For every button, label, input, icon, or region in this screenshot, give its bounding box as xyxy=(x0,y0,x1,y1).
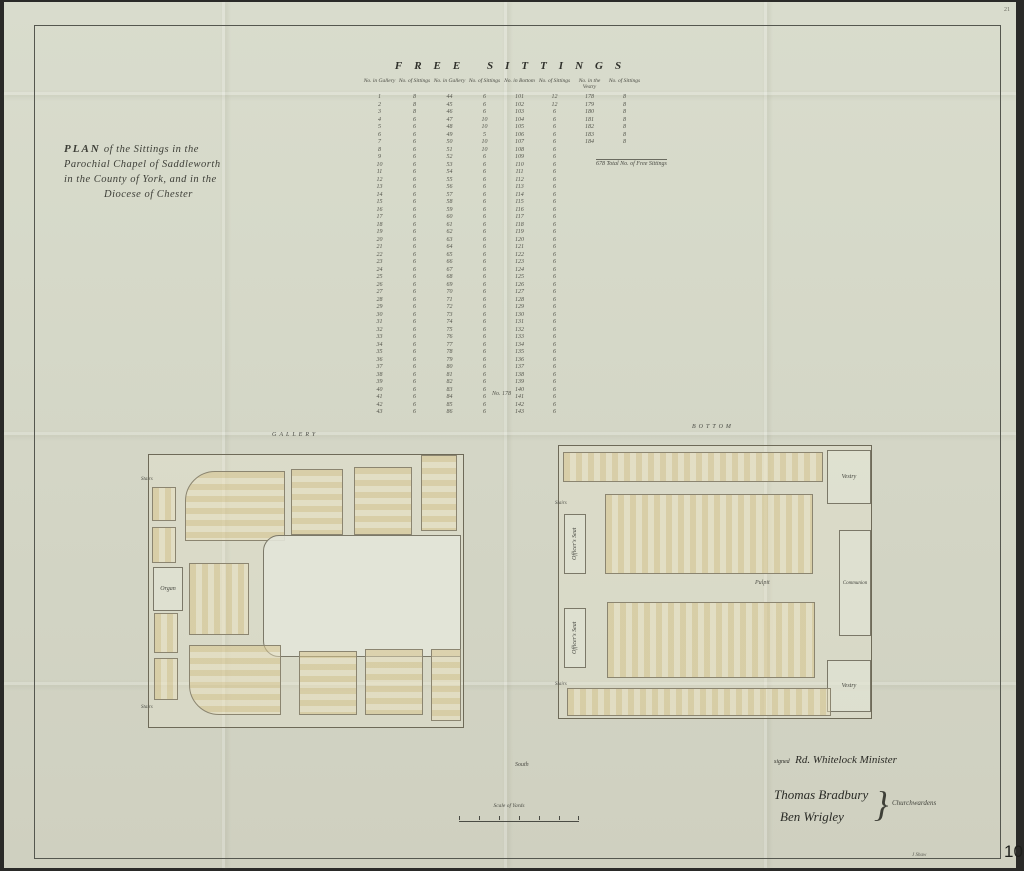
table-cell: 6 xyxy=(483,177,486,185)
churchwardens-names: Thomas Bradbury Ben Wrigley xyxy=(774,784,868,828)
column-header: No. in the Vestry xyxy=(572,78,607,94)
table-cell: 6 xyxy=(553,364,556,372)
table-cell: 65 xyxy=(447,252,453,260)
table-cell: 18 xyxy=(377,222,383,230)
maker-label: J Shaw xyxy=(912,853,926,858)
table-cell: 62 xyxy=(447,229,453,237)
table-cell: 6 xyxy=(553,387,556,395)
vestry-room: Vestry xyxy=(827,660,871,712)
table-cell: 141 xyxy=(515,394,524,402)
table-cell: 8 xyxy=(413,102,416,110)
table-cell: 106 xyxy=(515,132,524,140)
table-cell: 31 xyxy=(377,319,383,327)
table-cell: 45 xyxy=(447,102,453,110)
table-cell: 55 xyxy=(447,177,453,185)
table-cell: 6 xyxy=(413,184,416,192)
table-cell: 6 xyxy=(413,169,416,177)
pew-block-curved xyxy=(189,645,281,715)
table-cell: 32 xyxy=(377,327,383,335)
table-cell: 67 xyxy=(447,267,453,275)
table-cell: 60 xyxy=(447,214,453,222)
churchwardens-label: Churchwardens xyxy=(892,799,936,807)
pew-block xyxy=(154,658,178,700)
table-cell: 143 xyxy=(515,409,524,417)
table-cell: 120 xyxy=(515,237,524,245)
table-cell: 6 xyxy=(413,199,416,207)
pulpit-label: Pulpit xyxy=(755,580,770,586)
table-cell: 6 xyxy=(483,274,486,282)
table-cell: 111 xyxy=(515,169,523,177)
table-cell: 6 xyxy=(483,289,486,297)
table-cell: 6 xyxy=(483,102,486,110)
table-cell: 23 xyxy=(377,259,383,267)
table-cell: 6 xyxy=(553,244,556,252)
table-cell: 6 xyxy=(413,312,416,320)
stairs-label: Stairs xyxy=(555,501,567,506)
table-cell: 124 xyxy=(515,267,524,275)
table-cell: 6 xyxy=(553,229,556,237)
table-cell: 6 xyxy=(483,109,486,117)
table-cell: 34 xyxy=(377,342,383,350)
table-cell: 6 xyxy=(483,379,486,387)
table-cell: 6 xyxy=(413,229,416,237)
table-cell: 22 xyxy=(377,252,383,260)
signed-prefix: signed xyxy=(774,759,790,765)
pew-block xyxy=(152,487,176,521)
table-cell: 30 xyxy=(377,312,383,320)
table-cell: 6 xyxy=(413,409,416,417)
table-cell: 6 xyxy=(483,184,486,192)
table-cell: 6 xyxy=(553,282,556,290)
table-cell: 6 xyxy=(483,394,486,402)
churchwarden-1: Thomas Bradbury xyxy=(774,784,868,806)
table-cell: 8 xyxy=(623,132,626,140)
table-cell: 179 xyxy=(585,102,594,110)
table-cell: 9 xyxy=(378,154,381,162)
table-cell: 6 xyxy=(483,162,486,170)
table-cell: 6 xyxy=(553,334,556,342)
table-cell: 6 xyxy=(553,169,556,177)
title-line-1-rest: of the Sittings in the xyxy=(104,144,199,155)
table-cell: 108 xyxy=(515,147,524,155)
table-cell: 6 xyxy=(553,162,556,170)
table-cell: 7 xyxy=(378,139,381,147)
table-cell: 6 xyxy=(553,139,556,147)
table-cell: 6 xyxy=(553,372,556,380)
table-cell: 6 xyxy=(413,162,416,170)
table-cell: 6 xyxy=(483,357,486,365)
table-cell: 10 xyxy=(377,162,383,170)
table-cell: 80 xyxy=(447,364,453,372)
table-cell: 51 xyxy=(447,147,453,155)
officers-seat: Officer's Seat xyxy=(564,514,586,574)
table-cell: 6 xyxy=(483,297,486,305)
table-cell: 52 xyxy=(447,154,453,162)
table-cell: 14 xyxy=(377,192,383,200)
table-cell: 6 xyxy=(483,169,486,177)
table-cell: 6 xyxy=(413,154,416,162)
table-cell: 56 xyxy=(447,184,453,192)
table-cell: 137 xyxy=(515,364,524,372)
table-cell: 6 xyxy=(483,387,486,395)
table-cell: 5 xyxy=(378,124,381,132)
table-cell: 44 xyxy=(447,94,453,102)
table-cell: 6 xyxy=(413,364,416,372)
table-cell: 118 xyxy=(515,222,524,230)
table-cell: 6 xyxy=(553,402,556,410)
table-cell: 82 xyxy=(447,379,453,387)
table-cell: 75 xyxy=(447,327,453,335)
table-cell: 8 xyxy=(623,124,626,132)
table-cell: 6 xyxy=(553,349,556,357)
pew-block xyxy=(189,563,249,635)
table-cell: 54 xyxy=(447,169,453,177)
table-cell: 8 xyxy=(623,102,626,110)
column-header: No. of Sittings xyxy=(397,78,432,94)
table-cell: 130 xyxy=(515,312,524,320)
table-cell: 86 xyxy=(447,409,453,417)
table-cell: 6 xyxy=(483,319,486,327)
scale-label: Scale of Yards xyxy=(439,803,579,809)
table-column: 1011021031041051061071081091101111121131… xyxy=(502,94,537,417)
table-cell: 6 xyxy=(413,357,416,365)
table-cell: 6 xyxy=(413,304,416,312)
table-cell: 184 xyxy=(585,139,594,147)
table-cell: 131 xyxy=(515,319,524,327)
sheet-number: 10 xyxy=(1004,842,1023,862)
table-cell: 6 xyxy=(553,357,556,365)
table-cell: 6 xyxy=(483,237,486,245)
table-cell: 114 xyxy=(515,192,524,200)
table-cell: 6 xyxy=(553,252,556,260)
table-cell: 6 xyxy=(553,274,556,282)
free-sittings-table: No. in GalleryNo. of SittingsNo. in Gall… xyxy=(362,78,642,417)
table-cell: 6 xyxy=(553,297,556,305)
table-cell: 17 xyxy=(377,214,383,222)
table-cell: 6 xyxy=(483,154,486,162)
table-cell: 24 xyxy=(377,267,383,275)
corner-number: 21 xyxy=(1004,7,1010,13)
table-cell: 64 xyxy=(447,244,453,252)
pew-block xyxy=(365,649,423,715)
table-cell: 6 xyxy=(413,207,416,215)
table-cell: 6 xyxy=(413,379,416,387)
table-cell: 8 xyxy=(378,147,381,155)
vestry-room: Vestry xyxy=(827,450,871,504)
table-cell: 6 xyxy=(413,342,416,350)
table-cell: 68 xyxy=(447,274,453,282)
column-header: No. of Sittings xyxy=(607,78,642,94)
table-cell: 71 xyxy=(447,297,453,305)
total-free-sittings-note: 678 Total No. of Free Sittings xyxy=(596,159,667,167)
table-cell: 6 xyxy=(553,132,556,140)
table-cell: 1 xyxy=(378,94,381,102)
table-cell: 49 xyxy=(447,132,453,140)
table-cell: 8 xyxy=(623,117,626,125)
table-cell: 6 xyxy=(553,327,556,335)
table-cell: 6 xyxy=(553,177,556,185)
table-cell: 6 xyxy=(483,327,486,335)
column-header: No. in Gallery xyxy=(432,78,467,94)
table-cell: 83 xyxy=(447,387,453,395)
table-cell: 6 xyxy=(483,349,486,357)
table-cell: 132 xyxy=(515,327,524,335)
table-cell: 6 xyxy=(553,214,556,222)
table-cell: 4 xyxy=(378,117,381,125)
table-cell: 57 xyxy=(447,192,453,200)
column-header: No. of Sittings xyxy=(467,78,502,94)
table-cell: 77 xyxy=(447,342,453,350)
table-cell: 6 xyxy=(553,289,556,297)
table-cell: 121 xyxy=(515,244,524,252)
table-cell: 123 xyxy=(515,259,524,267)
table-cell: 6 xyxy=(483,252,486,260)
gallery-plan: Stairs Stairs Organ xyxy=(148,454,464,728)
organ-room: Organ xyxy=(153,567,183,611)
bottom-label: BOTTOM xyxy=(692,424,734,430)
table-cell: 58 xyxy=(447,199,453,207)
table-cell: 181 xyxy=(585,117,594,125)
table-cell: 6 xyxy=(553,394,556,402)
table-cell: 6 xyxy=(413,387,416,395)
brace-symbol: } xyxy=(874,786,888,822)
pew-block xyxy=(354,467,412,535)
table-cell: 6 xyxy=(483,229,486,237)
table-cell: 6 xyxy=(553,304,556,312)
table-cell: 66 xyxy=(447,259,453,267)
table-cell: 134 xyxy=(515,342,524,350)
table-cell: 50 xyxy=(447,139,453,147)
stairs-label: Stairs xyxy=(141,705,153,710)
table-cell: 101 xyxy=(515,94,524,102)
table-cell: 6 xyxy=(413,177,416,185)
table-cell: 73 xyxy=(447,312,453,320)
table-cell: 6 xyxy=(413,334,416,342)
plan-title-block: PLAN of the Sittings in the Parochial Ch… xyxy=(64,142,304,202)
table-column: 4445464748495051525354555657585960616263… xyxy=(432,94,467,417)
pew-block xyxy=(152,527,176,563)
table-cell: 6 xyxy=(483,94,486,102)
table-cell: 112 xyxy=(515,177,524,185)
table-cell: 6 xyxy=(553,207,556,215)
table-cell: 6 xyxy=(553,117,556,125)
table-cell: 6 xyxy=(553,237,556,245)
table-cell: 6 xyxy=(413,237,416,245)
pew-row xyxy=(567,688,831,716)
table-cell: 6 xyxy=(483,267,486,275)
table-cell: 6 xyxy=(413,402,416,410)
table-cell: 6 xyxy=(483,259,486,267)
table-cell: 6 xyxy=(553,147,556,155)
churchwarden-2: Ben Wrigley xyxy=(774,806,868,828)
table-cell: 116 xyxy=(515,207,524,215)
table-cell: 6 xyxy=(553,379,556,387)
table-cell: 3 xyxy=(378,109,381,117)
table-cell: 6 xyxy=(483,192,486,200)
gallery-label: GALLERY xyxy=(272,432,318,438)
table-cell: 102 xyxy=(515,102,524,110)
table-cell: 11 xyxy=(377,169,383,177)
table-cell: 72 xyxy=(447,304,453,312)
table-cell: 6 xyxy=(413,394,416,402)
minister-name: Rd. Whitelock Minister xyxy=(795,754,897,766)
communion-area: Communion xyxy=(839,530,871,636)
table-cell: 8 xyxy=(413,109,416,117)
table-cell: 41 xyxy=(377,394,383,402)
table-column: 178179180181182183184 xyxy=(572,94,607,417)
archival-plan-sheet: 21 PLAN of the Sittings in the Parochial… xyxy=(4,2,1016,868)
table-cell: 36 xyxy=(377,357,383,365)
table-cell: 43 xyxy=(377,409,383,417)
table-cell: 78 xyxy=(447,349,453,357)
column-footer: No. 178 xyxy=(492,391,511,397)
table-cell: 8 xyxy=(413,94,416,102)
table-cell: 12 xyxy=(377,177,383,185)
table-cell: 6 xyxy=(553,154,556,162)
table-cell: 84 xyxy=(447,394,453,402)
table-cell: 6 xyxy=(483,282,486,290)
table-cell: 140 xyxy=(515,387,524,395)
table-cell: 104 xyxy=(515,117,524,125)
table-cell: 6 xyxy=(483,222,486,230)
table-cell: 6 xyxy=(413,349,416,357)
table-cell: 142 xyxy=(515,402,524,410)
table-cell: 13 xyxy=(377,184,383,192)
table-cell: 6 xyxy=(483,342,486,350)
table-cell: 6 xyxy=(553,222,556,230)
table-column: 1234567891011121314151617181920212223242… xyxy=(362,94,397,417)
table-cell: 20 xyxy=(377,237,383,245)
table-cell: 127 xyxy=(515,289,524,297)
table-column: 1212666666666666666666666666666666666666… xyxy=(537,94,572,417)
table-cell: 117 xyxy=(515,214,524,222)
table-cell: 6 xyxy=(483,207,486,215)
table-cell: 6 xyxy=(413,259,416,267)
table-cell: 10 xyxy=(482,139,488,147)
table-cell: 6 xyxy=(413,117,416,125)
table-cell: 8 xyxy=(623,94,626,102)
table-cell: 6 xyxy=(413,282,416,290)
table-cell: 6 xyxy=(413,214,416,222)
table-cell: 6 xyxy=(553,342,556,350)
table-cell: 6 xyxy=(553,124,556,132)
table-cell: 59 xyxy=(447,207,453,215)
table-cell: 6 xyxy=(413,124,416,132)
table-cell: 6 xyxy=(413,297,416,305)
table-cell: 33 xyxy=(377,334,383,342)
title-line-4: Diocese of Chester xyxy=(64,187,304,202)
table-cell: 129 xyxy=(515,304,524,312)
table-cell: 6 xyxy=(483,334,486,342)
table-cell: 79 xyxy=(447,357,453,365)
table-cell: 6 xyxy=(553,259,556,267)
table-cell: 103 xyxy=(515,109,524,117)
table-cell: 53 xyxy=(447,162,453,170)
table-cell: 6 xyxy=(413,147,416,155)
table-cell: 6 xyxy=(553,184,556,192)
table-cell: 6 xyxy=(553,319,556,327)
table-cell: 6 xyxy=(553,267,556,275)
title-caps: PLAN xyxy=(64,143,101,155)
table-cell: 12 xyxy=(552,102,558,110)
table-cell: 29 xyxy=(377,304,383,312)
table-cell: 105 xyxy=(515,124,524,132)
pew-block xyxy=(299,651,357,715)
table-cell: 10 xyxy=(482,147,488,155)
table-cell: 15 xyxy=(377,199,383,207)
table-cell: 6 xyxy=(413,267,416,275)
table-cell: 6 xyxy=(413,274,416,282)
table-cell: 122 xyxy=(515,252,524,260)
table-cell: 42 xyxy=(377,402,383,410)
table-cell: 6 xyxy=(413,319,416,327)
table-cell: 6 xyxy=(413,132,416,140)
table-cell: 6 xyxy=(553,109,556,117)
scale-line xyxy=(459,819,579,822)
table-cell: 6 xyxy=(378,132,381,140)
table-cell: 38 xyxy=(377,372,383,380)
table-cell: 70 xyxy=(447,289,453,297)
table-cell: 85 xyxy=(447,402,453,410)
table-cell: 113 xyxy=(515,184,524,192)
pew-block xyxy=(607,602,815,678)
pew-block xyxy=(291,469,343,535)
bottom-plan: Stairs Stairs Vestry Officer's Seat Comm… xyxy=(558,445,872,719)
title-line-2: Parochial Chapel of Saddleworth xyxy=(64,157,304,172)
free-sittings-title: FREE SITTINGS xyxy=(364,60,664,72)
pew-row xyxy=(563,452,823,482)
table-cell: 35 xyxy=(377,349,383,357)
table-cell: 6 xyxy=(413,244,416,252)
table-cell: 61 xyxy=(447,222,453,230)
table-cell: 6 xyxy=(413,139,416,147)
table-cell: 6 xyxy=(483,364,486,372)
signature-block: signed Rd. Whitelock Minister Thomas Bra… xyxy=(774,754,974,766)
table-cell: 28 xyxy=(377,297,383,305)
table-cell: 115 xyxy=(515,199,524,207)
table-cell: 139 xyxy=(515,379,524,387)
table-cell: 109 xyxy=(515,154,524,162)
table-cell: 46 xyxy=(447,109,453,117)
table-cell: 182 xyxy=(585,124,594,132)
table-cell: 6 xyxy=(413,372,416,380)
table-cell: 6 xyxy=(413,289,416,297)
table-cell: 27 xyxy=(377,289,383,297)
pew-block xyxy=(431,649,461,721)
gallery-well xyxy=(263,535,461,657)
table-cell: 19 xyxy=(377,229,383,237)
table-cell: 25 xyxy=(377,274,383,282)
table-column: 6661010510106666666666666666666666666666… xyxy=(467,94,502,417)
table-cell: 47 xyxy=(447,117,453,125)
south-label: South xyxy=(515,762,529,768)
pew-block xyxy=(421,455,457,531)
table-cell: 6 xyxy=(413,192,416,200)
column-header: No. in Gallery xyxy=(362,78,397,94)
table-cell: 74 xyxy=(447,319,453,327)
table-cell: 6 xyxy=(483,304,486,312)
table-cell: 2 xyxy=(378,102,381,110)
table-cell: 81 xyxy=(447,372,453,380)
table-cell: 6 xyxy=(483,372,486,380)
title-line-1: PLAN of the Sittings in the xyxy=(64,142,304,157)
table-cell: 6 xyxy=(483,312,486,320)
table-cell: 10 xyxy=(482,117,488,125)
table-cell: 6 xyxy=(413,252,416,260)
title-line-3: in the County of York, and in the xyxy=(64,172,304,187)
table-cell: 48 xyxy=(447,124,453,132)
table-cell: 6 xyxy=(553,312,556,320)
